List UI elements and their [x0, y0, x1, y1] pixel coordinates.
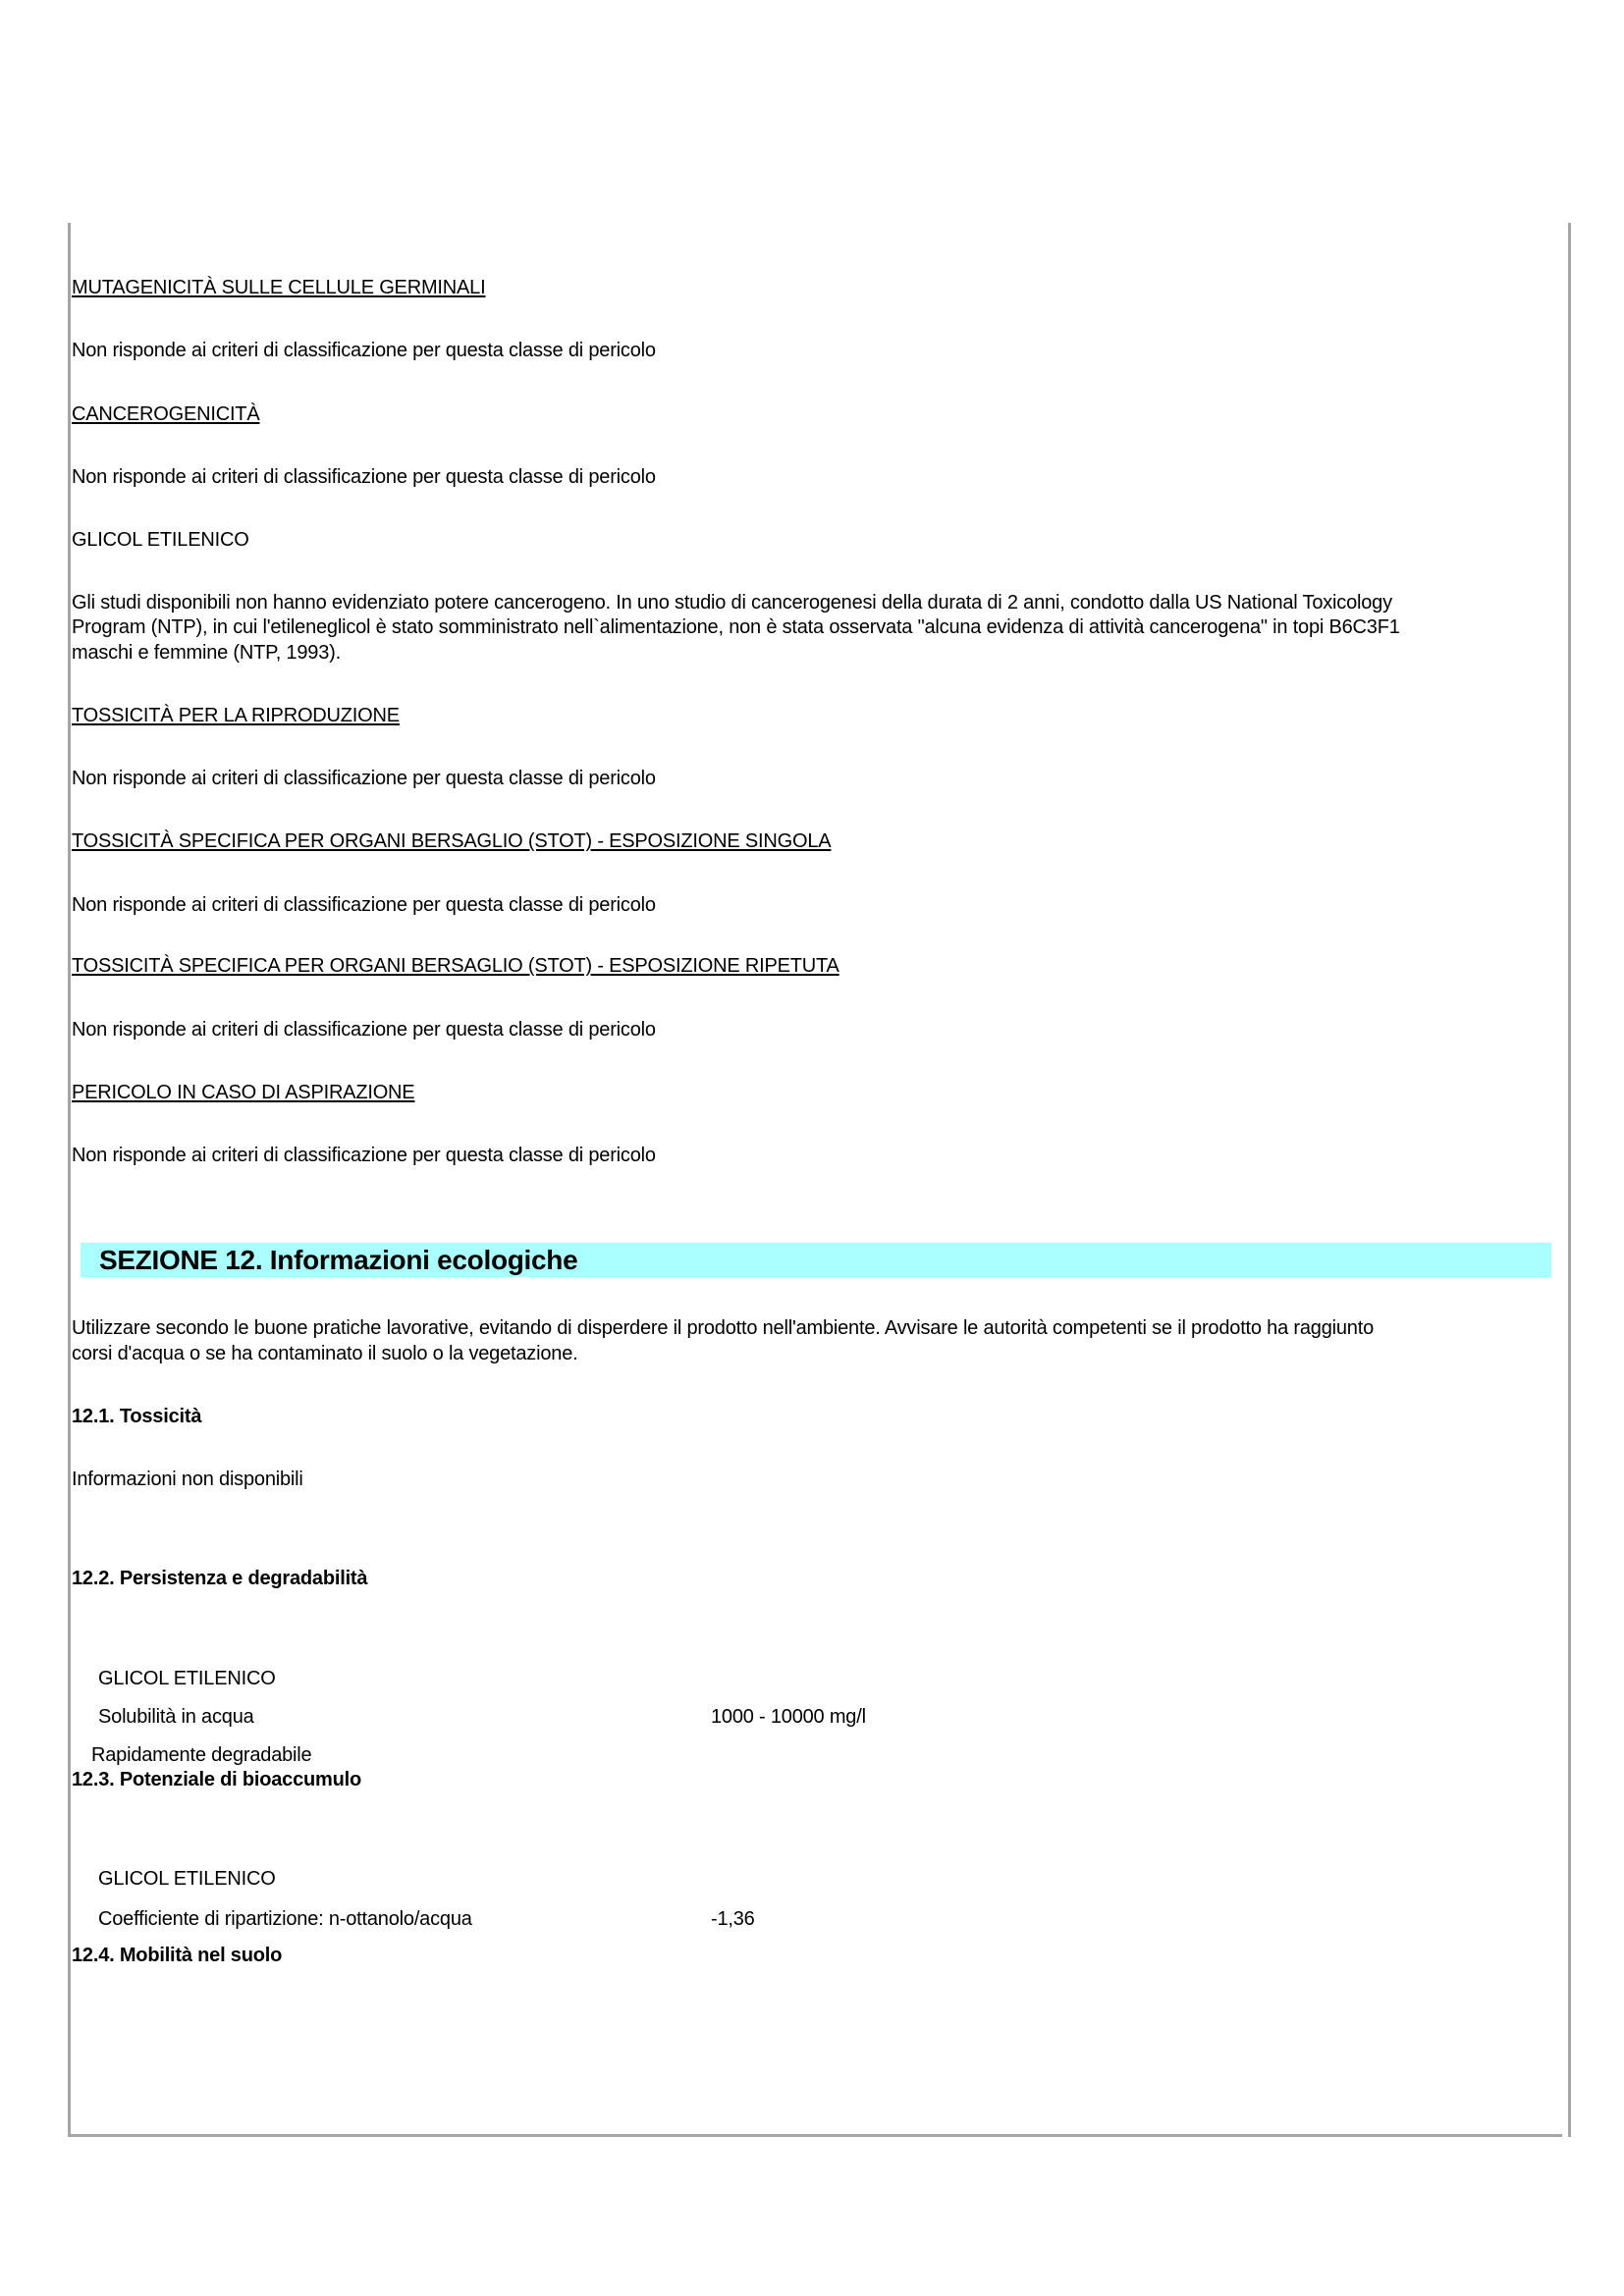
- stot-single-text: Non risponde ai criteri di classificazio…: [72, 893, 656, 919]
- heading-12-4-mobility: 12.4. Mobilità nel suolo: [72, 1944, 282, 1969]
- persistence-substance: GLICOL ETILENICO: [98, 1667, 276, 1692]
- heading-stot-repeated: TOSSICITÀ SPECIFICA PER ORGANI BERSAGLIO…: [72, 954, 839, 980]
- carcinogenicity-text: Non risponde ai criteri di classificazio…: [72, 465, 656, 491]
- heading-carcinogenicity: CANCEROGENICITÀ: [72, 402, 259, 428]
- heading-germ-cell-mutagenicity: MUTAGENICITÀ SULLE CELLULE GERMINALI: [72, 276, 485, 301]
- page-frame-bottom-border: [68, 2134, 1562, 2137]
- page-frame-right-border: [1568, 223, 1571, 2137]
- heading-reproductive-toxicity: TOSSICITÀ PER LA RIPRODUZIONE: [72, 704, 400, 729]
- bioaccumulation-substance: GLICOL ETILENICO: [98, 1867, 276, 1893]
- reproductive-toxicity-text: Non risponde ai criteri di classificazio…: [72, 767, 656, 792]
- section-12-intro-line-1: Utilizzare secondo le buone pratiche lav…: [72, 1316, 1374, 1342]
- aspiration-hazard-text: Non risponde ai criteri di classificazio…: [72, 1144, 656, 1169]
- heading-stot-single: TOSSICITÀ SPECIFICA PER ORGANI BERSAGLIO…: [72, 829, 831, 855]
- degradability-note: Rapidamente degradabile: [91, 1743, 311, 1769]
- carcinogenicity-note-line-2: Program (NTP), in cui l'etileneglicol è …: [72, 615, 1400, 641]
- stot-repeated-text: Non risponde ai criteri di classificazio…: [72, 1018, 656, 1043]
- partition-coefficient-label: Coefficiente di ripartizione: n-ottanolo…: [98, 1907, 472, 1933]
- toxicity-text: Informazioni non disponibili: [72, 1468, 303, 1493]
- section-12-intro-line-2: corsi d'acqua o se ha contaminato il suo…: [72, 1342, 577, 1367]
- water-solubility-label: Solubilità in acqua: [98, 1705, 254, 1731]
- heading-12-2-persistence: 12.2. Persistenza e degradabilità: [72, 1567, 367, 1592]
- carcinogenicity-note-line-3: maschi e femmine (NTP, 1993).: [72, 641, 341, 667]
- heading-aspiration-hazard: PERICOLO IN CASO DI ASPIRAZIONE: [72, 1081, 414, 1106]
- substance-name: GLICOL ETILENICO: [72, 528, 249, 554]
- germ-cell-mutagenicity-text: Non risponde ai criteri di classificazio…: [72, 339, 656, 364]
- section-12-title: SEZIONE 12. Informazioni ecologiche: [99, 1243, 577, 1277]
- partition-coefficient-value: -1,36: [711, 1907, 755, 1933]
- carcinogenicity-note-line-1: Gli studi disponibili non hanno evidenzi…: [72, 591, 1392, 616]
- heading-12-3-bioaccumulation: 12.3. Potenziale di bioaccumulo: [72, 1768, 361, 1793]
- document-page: MUTAGENICITÀ SULLE CELLULE GERMINALI Non…: [0, 0, 1624, 2296]
- water-solubility-value: 1000 - 10000 mg/l: [711, 1705, 866, 1731]
- page-frame-left-border: [68, 223, 71, 2137]
- heading-12-1-toxicity: 12.1. Tossicità: [72, 1405, 201, 1430]
